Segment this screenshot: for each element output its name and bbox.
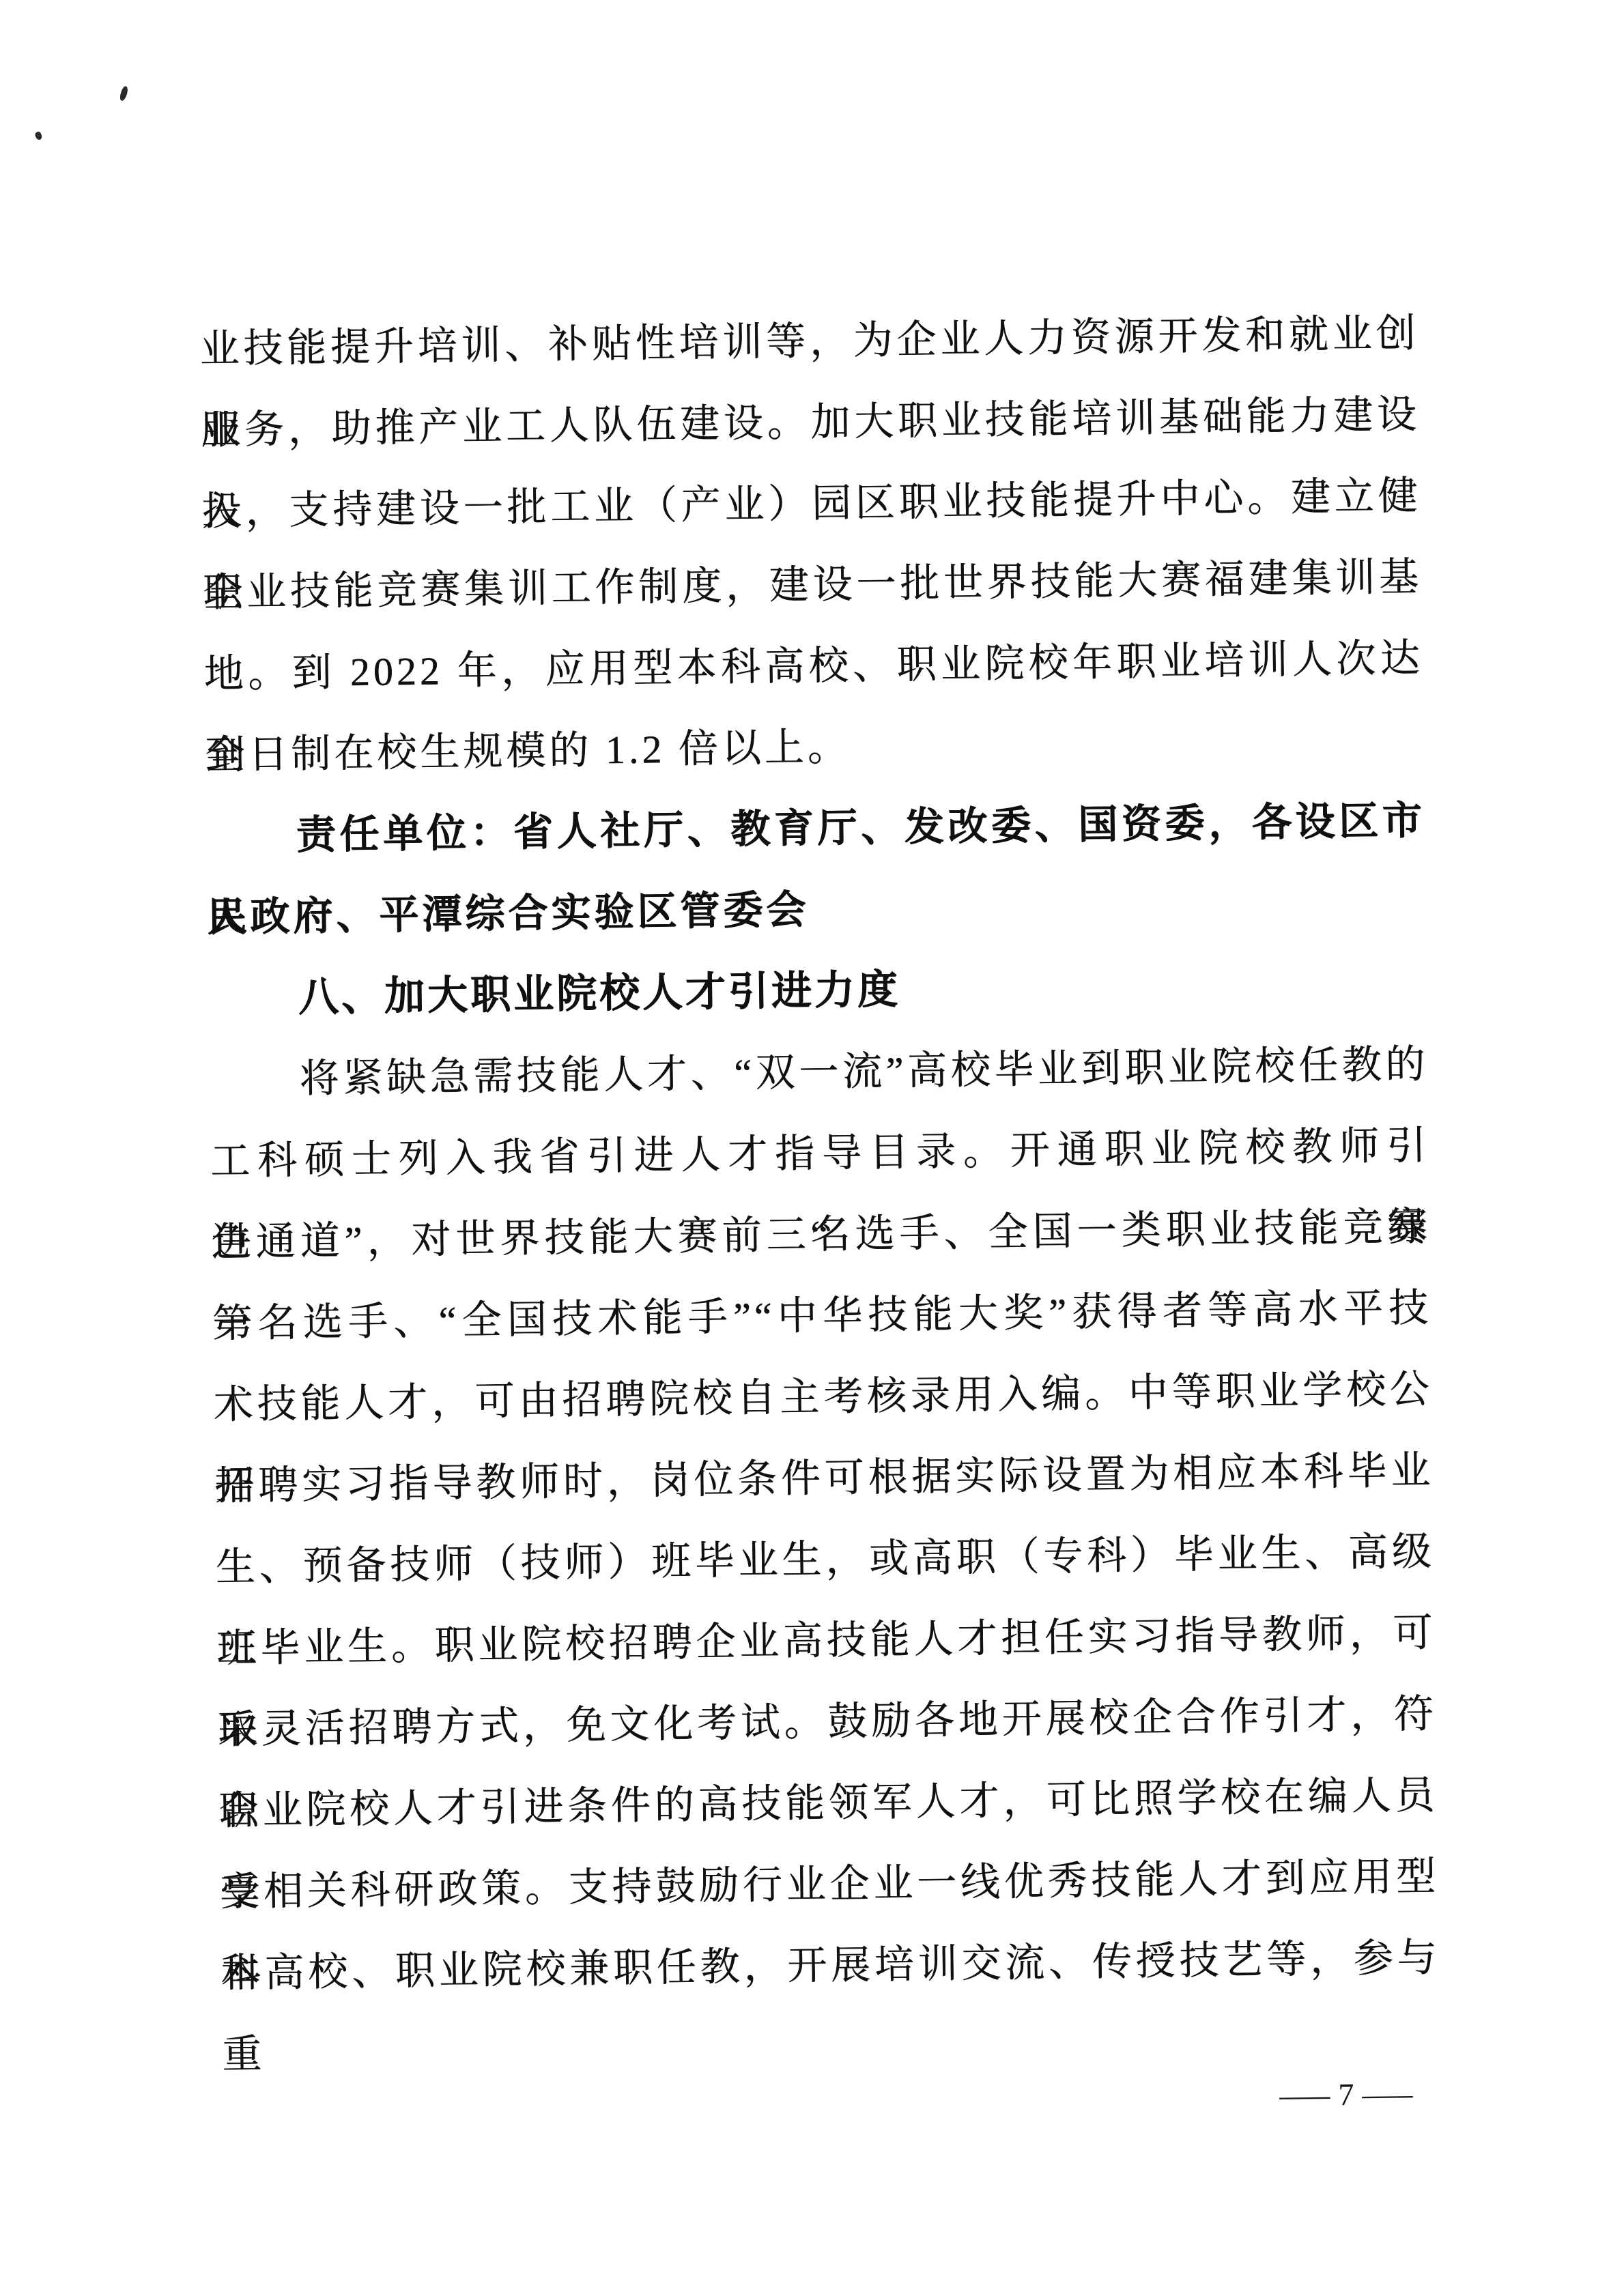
ink-speck [34,131,43,141]
body-line-7: 将紧缺急需技能人才、“双一流”高校毕业到职业院校任教的 [209,1024,1429,1121]
document-page: 业技能提升培训、补贴性培训等，为企业人力资源开发和就业创业 服务，助推产业工人队… [0,0,1624,2296]
body-line-6: 全日制在校生规模的 1.2 倍以上。 [205,699,1425,796]
body-line-5: 地。到 2022 年，应用型本科高校、职业院校年职业培训人次达到 [203,618,1423,715]
section-heading: 八、加大职业院校人才引进力度 [208,943,1427,1039]
ink-speck [119,85,129,102]
body-line-4: 职业技能竞赛集训工作制度，建设一批世界技能大赛福建集训基 [203,536,1423,633]
body-line-8: 工科硕士列入我省引进人才指导目录。开通职业院校教师引进“绿 [210,1105,1430,1202]
body-line-11: 术技能人才，可由招聘院校自主考核录用入编。中等职业学校公开 [213,1348,1433,1445]
body-line-14: 班毕业生。职业院校招聘企业高技能人才担任实习指导教师，可采 [216,1592,1436,1689]
page-number-dash-right: — [1362,2076,1412,2112]
body-line-9: 色通道”，对世界技能大赛前三名选手、全国一类职业技能竞赛第 [211,1186,1431,1283]
document-body: 业技能提升培训、补贴性培训等，为企业人力资源开发和就业创业 服务，助推产业工人队… [199,293,1444,2254]
body-line-16: 职业院校人才引进条件的高技能领军人才，可比照学校在编人员享 [218,1754,1438,1851]
page-number-value: 7 [1338,2076,1354,2112]
responsible-units-line-2: 民政府、平潭综合实验区管委会 [207,861,1427,958]
body-line-17: 受相关科研政策。支持鼓励行业企业一线优秀技能人才到应用型本 [220,1835,1440,1932]
page-number-dash-left: — [1279,2077,1330,2114]
body-line-10: 一名选手、“全国技术能手”“中华技能大奖”获得者等高水平技 [212,1267,1432,1364]
body-line-3: 入，支持建设一批工业（产业）园区职业技能提升中心。建立健全 [201,455,1421,552]
body-line-18: 科高校、职业院校兼职任教，开展培训交流、传授技艺等，参与重 [220,1917,1440,2013]
body-line-12: 招聘实习指导教师时，岗位条件可根据实际设置为相应本科毕业 [214,1429,1434,1526]
body-line-1: 业技能提升培训、补贴性培训等，为企业人力资源开发和就业创业 [199,293,1419,390]
body-line-15: 取灵活招聘方式，免文化考试。鼓励各地开展校企合作引才，符合 [217,1673,1437,1770]
body-line-13: 生、预备技师（技师）班毕业生，或高职（专科）毕业生、高级工 [215,1510,1435,1607]
responsible-units-line-1: 责任单位：省人社厅、教育厅、发改委、国资委，各设区市人 [205,780,1425,877]
page-number: — 7 — [1289,2076,1404,2113]
body-line-2: 服务，助推产业工人队伍建设。加大职业技能培训基础能力建设投 [201,374,1421,471]
